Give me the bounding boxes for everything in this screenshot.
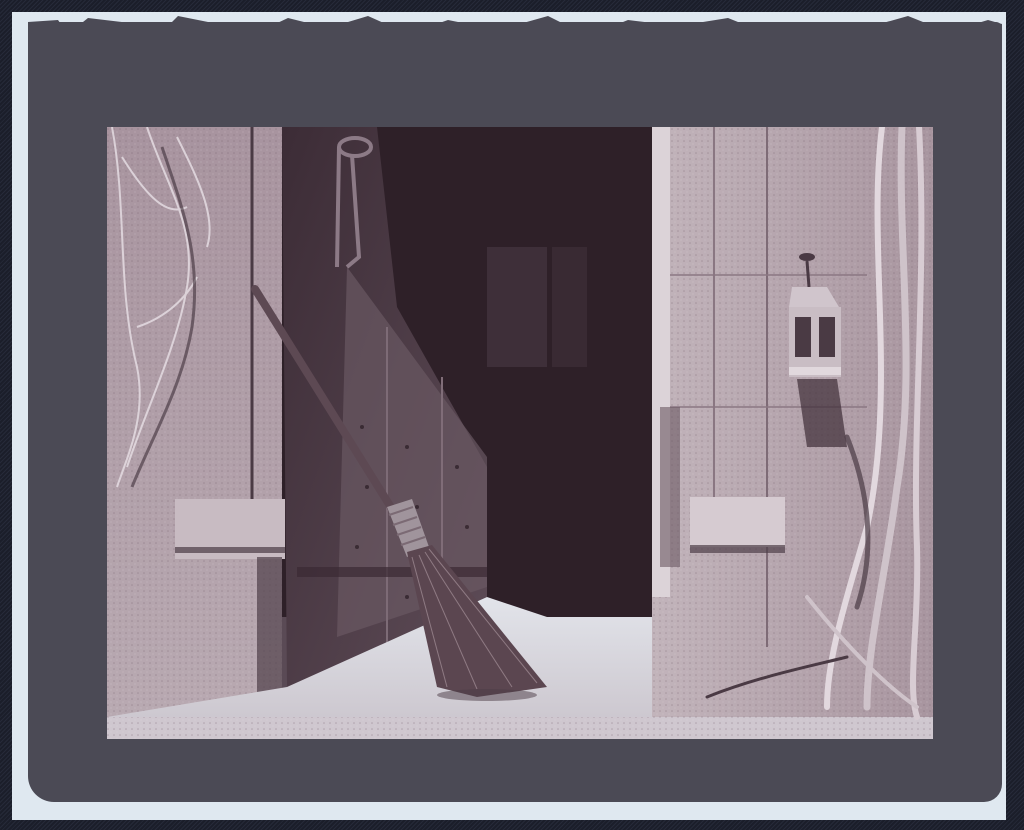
photograph-scene bbox=[107, 127, 933, 739]
stone-pillar-left bbox=[107, 127, 285, 739]
stone-pillar-right bbox=[652, 127, 933, 717]
